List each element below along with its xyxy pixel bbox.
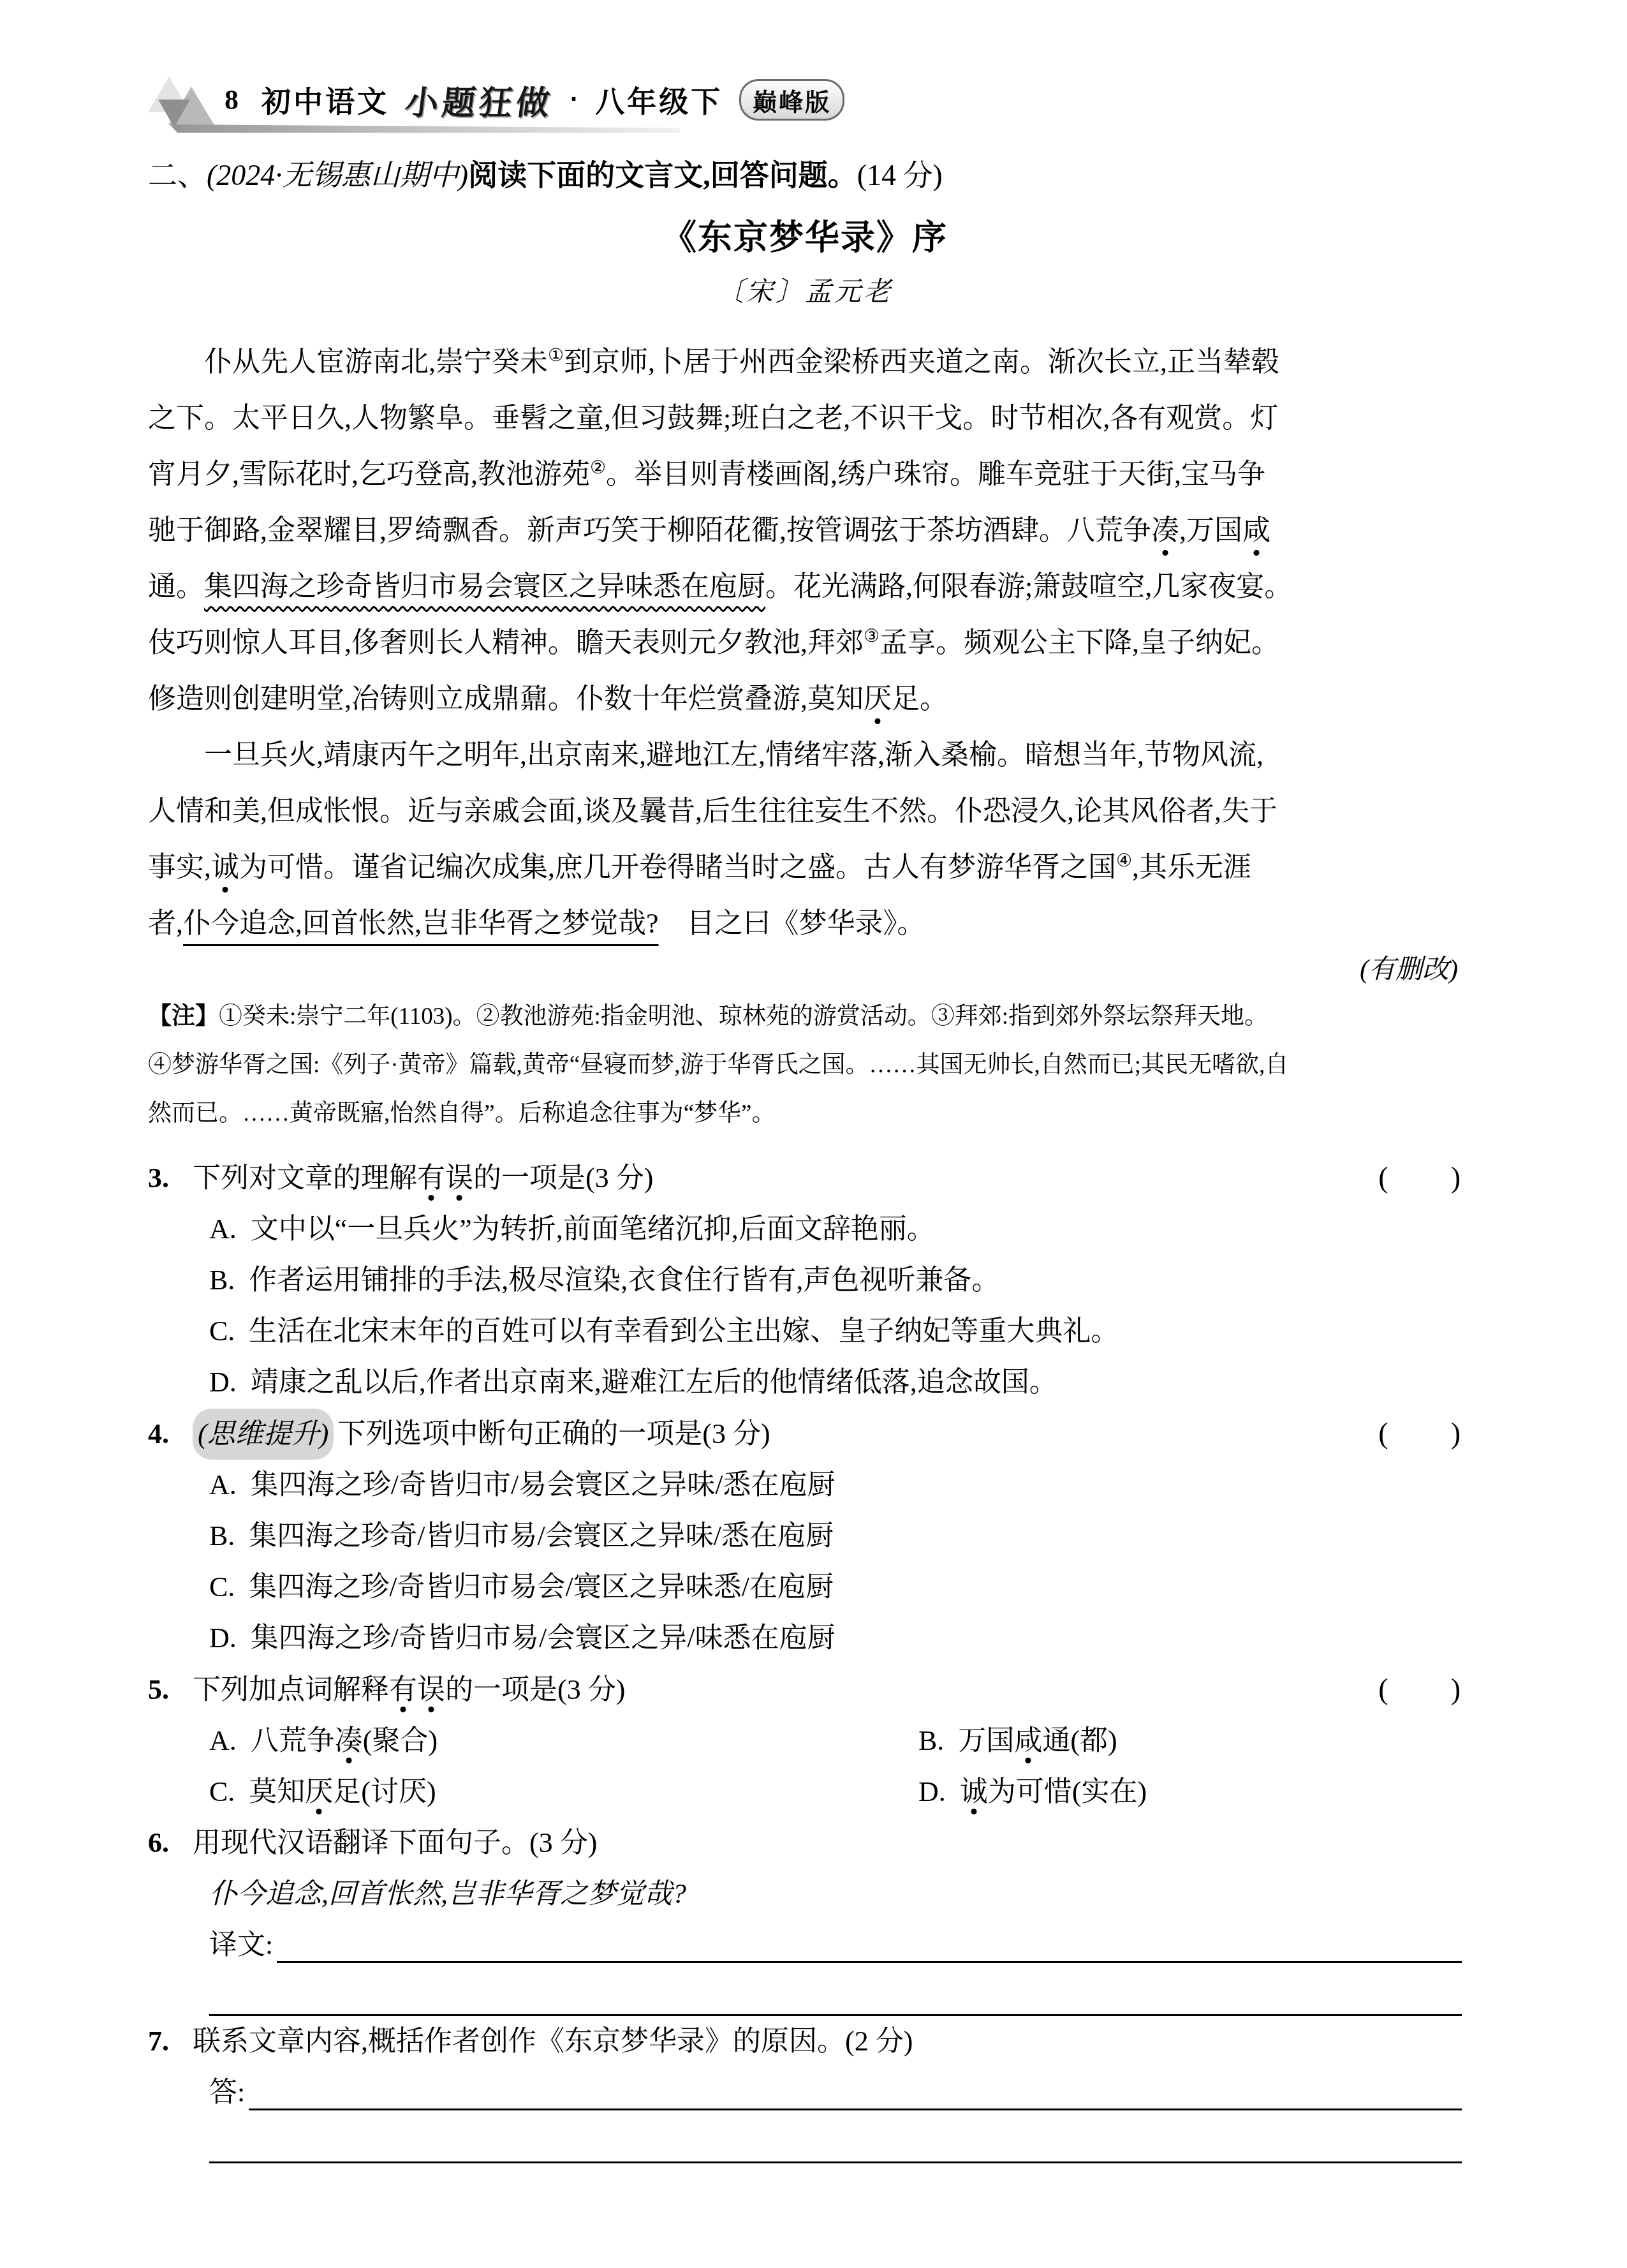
options-list: A.文中以“一旦兵火”为转折,前面笔绪沉抑,后面文辞艳丽。B.作者运用铺排的手法… [148,1204,1462,1408]
text-run: 通。 [148,571,204,602]
option-label: A. [209,1204,237,1255]
option-label: A. [209,1716,237,1767]
option-text: 生活在北宋末年的百姓可以有幸看到公主出嫁、皇子纳妃等重大典礼。 [249,1316,1119,1347]
question-block: 3.下列对文章的理解有误的一项是(3 分)( )A.文中以“一旦兵火”为转折,前… [148,1152,1462,1408]
note-line: ④梦游华胥之国:《列子·黄帝》篇载,黄帝“昼寝而梦,游于华胥氏之国。……其国无帅… [148,1041,1462,1090]
passage-line: 修造则创建明堂,冶铸则立成鼎鼐。仆数十年烂赏叠游,莫知厌足。 [148,671,1462,727]
option-label: C. [209,1562,235,1613]
article-author: 〔宋〕孟元老 [148,276,1462,309]
emphasis-dot-char: 有 [389,1664,417,1716]
option-label: D. [209,1357,237,1408]
question-stem-text: (思维提升)下列选项中断句正确的一项是(3 分) [193,1409,770,1460]
answer-row: 译文: [209,1920,1462,1971]
option-row: B.集四海之珍奇/皆归市易/会寰区之异味/悉在庖厨 [209,1511,1462,1562]
note-tag: 【注】 [148,1004,219,1030]
option-text: 文中以“一旦兵火”为转折,前面笔绪沉抑,后面文辞艳丽。 [251,1213,935,1245]
question-number: 6. [148,1818,193,1869]
exam-source: (2024·无锡惠山期中) [207,159,468,191]
option-label: B. [209,1255,235,1306]
question-block: 4.(思维提升)下列选项中断句正确的一项是(3 分)( )A.集四海之珍/奇皆归… [148,1408,1462,1664]
underlined-text: 仆今追念,回首怅然,岂非华胥之梦觉哉? [183,908,659,939]
text-run: 。花光满路,何限春游;箫鼓喧空,几家夜宴。 [765,571,1292,602]
text-run: 联系文章内容,概括作者创作《东京梦华录》的原因。(2 分) [193,2026,913,2057]
option-text: 集四海之珍/奇皆归市易/会寰区之异/味悉在庖厨 [251,1622,836,1654]
question-stem-text: 用现代汉语翻译下面句子。(3 分) [193,1818,597,1869]
emphasis-dot-char: 诚 [960,1767,988,1818]
option-row: D.靖康之乱以后,作者出京南来,避难江左后的他情绪低落,追念故国。 [209,1357,1462,1408]
note-ref-superscript: ④ [1116,851,1132,871]
option-text: 莫知厌足(讨厌) [249,1776,436,1807]
option-label: B. [209,1511,235,1562]
text-run: 驰于御路,金翠耀目,罗绮飘香。新声巧笑于柳陌花衢,按管调弦于茶坊酒肆。八荒争 [148,515,1151,546]
answer-blank-line [277,1961,1462,1963]
answer-body: 答: [148,2067,1462,2163]
text-run: 宵月夕,雪际花时,乞巧登高,教池游苑 [148,459,590,490]
text-run: 八荒争 [251,1725,335,1756]
passage-line: 者,仆今追念,回首怅然,岂非华胥之梦觉哉? 目之曰《梦华录》。 [148,896,1462,952]
questions-area: 3.下列对文章的理解有误的一项是(3 分)( )A.文中以“一旦兵火”为转折,前… [148,1152,1462,2163]
text-run: 为可惜。谨省记编次成集,庶几开卷得睹当时之盛。古人有梦游华胥之国 [239,852,1116,883]
emphasis-dot-char: 凑 [335,1716,363,1767]
section-instruction: 阅读下面的文言文,回答问题。 [468,159,857,191]
question-stem: 7.联系文章内容,概括作者创作《东京梦华录》的原因。(2 分) [148,2016,1462,2067]
text-run: 到京师,卜居于州西金梁桥西夹道之南。渐次长立,正当辇毂 [564,346,1279,378]
option-label: D. [918,1767,946,1818]
question-tag-pill: (思维提升) [193,1409,334,1460]
text-run: 足(讨厌) [333,1776,436,1807]
emphasis-dot-char: 咸 [1014,1716,1042,1767]
option-row: D.诚为可惜(实在) [918,1767,1462,1818]
text-run: 集四海之珍/奇皆归市易/会寰区之异/味悉在庖厨 [251,1622,836,1654]
text-run: 一旦兵火,靖康丙午之明年,出京南来,避地江左,情绪牢落,渐入桑榆。暗想当年,节物… [148,739,1263,771]
text-run: 事实, [148,852,211,883]
option-text: 作者运用铺排的手法,极尽渲染,衣食住行皆有,声色视听兼备。 [249,1264,999,1296]
note-ref-superscript: ③ [864,626,880,646]
option-row: A.八荒争凑(聚合) [209,1716,918,1767]
text-run: 的一项是(3 分) [445,1674,625,1705]
options-list: A.八荒争凑(聚合)B.万国咸通(都)C.莫知厌足(讨厌)D.诚为可惜(实在) [148,1716,1462,1818]
text-run: 万国 [958,1725,1014,1756]
text-run: 足。 [892,683,948,715]
text-run: 孟享。频观公主下降,皇子纳妃。 [880,627,1279,658]
option-text: 集四海之珍/奇皆归市/易会寰区之异味/悉在庖厨 [251,1469,836,1501]
question-number: 7. [148,2016,193,2067]
option-row: C.集四海之珍/奇皆归市易会/寰区之异味悉/在庖厨 [209,1562,1462,1613]
answer-bracket: ( ) [1378,1408,1462,1459]
option-row: A.文中以“一旦兵火”为转折,前面笔绪沉抑,后面文辞艳丽。 [209,1204,1462,1255]
text-run: 集四海之珍/奇皆归市/易会寰区之异味/悉在庖厨 [251,1469,836,1501]
question-stem: 3.下列对文章的理解有误的一项是(3 分)( ) [148,1152,1462,1204]
option-text: 八荒争凑(聚合) [251,1725,438,1756]
note-line: 然而已。……黄帝既寤,怡然自得”。后称追念往事为“梦华”。 [148,1090,1462,1138]
question-stem-text: 下列对文章的理解有误的一项是(3 分) [193,1153,653,1204]
text-run: 。举目则青楼画阁,绣户珠帘。雕车竞驻于天街,宝马争 [606,459,1265,490]
article-title: 《东京梦华录》序 [148,217,1462,259]
passage-line: 一旦兵火,靖康丙午之明年,出京南来,避地江左,情绪牢落,渐入桑榆。暗想当年,节物… [148,727,1462,783]
emphasis-dot-char: 诚 [211,840,239,896]
option-row: C.莫知厌足(讨厌) [209,1767,918,1818]
section-points: (14 分) [857,159,943,191]
page-number: 8 [225,84,239,116]
passage-paragraph: 一旦兵火,靖康丙午之明年,出京南来,避地江左,情绪牢落,渐入桑榆。暗想当年,节物… [148,727,1462,952]
options-list: A.集四海之珍/奇皆归市/易会寰区之异味/悉在庖厨B.集四海之珍奇/皆归市易/会… [148,1460,1462,1664]
question-number: 3. [148,1153,193,1204]
answer-label: 译文: [209,1920,273,1971]
emphasis-dot-char: 误 [417,1664,445,1716]
emphasis-dot-char: 有 [417,1153,445,1204]
text-run: 文中以“一旦兵火”为转折,前面笔绪沉抑,后面文辞艳丽。 [251,1213,935,1245]
page-header: 8 初中语文 小题狂做 · 八年级下 巅峰版 [148,69,1462,130]
brand-logo: 小题狂做 [402,76,556,124]
option-text: 集四海之珍/奇皆归市易会/寰区之异味悉/在庖厨 [249,1571,834,1603]
separator-dot: · [570,85,578,114]
text-run: 通(都) [1042,1725,1117,1756]
text-run: 下列选项中断句正确的一项是(3 分) [337,1418,770,1449]
text-run: 伎巧则惊人耳目,侈奢则长人精神。瞻天表则元夕教池,拜郊 [148,627,864,658]
edition-badge: 巅峰版 [739,79,844,121]
option-row: A.集四海之珍/奇皆归市/易会寰区之异味/悉在庖厨 [209,1460,1462,1511]
answer-row: 答: [209,2067,1462,2118]
option-text: 诚为可惜(实在) [960,1776,1147,1807]
text-run: 作者运用铺排的手法,极尽渲染,衣食住行皆有,声色视听兼备。 [249,1264,999,1296]
passage: 仆从先人宦游南北,崇宁癸未①到京师,卜居于州西金梁桥西夹道之南。渐次长立,正当辇… [148,334,1462,952]
emphasis-dot-char: 误 [445,1153,473,1204]
option-label: D. [209,1613,237,1664]
question-block: 5.下列加点词解释有误的一项是(3 分)( )A.八荒争凑(聚合)B.万国咸通(… [148,1664,1462,1818]
text-run: 之下。太平日久,人物繁阜。垂髫之童,但习鼓舞;班白之老,不识干戈。时节相次,各有… [148,403,1278,434]
question-number: 5. [148,1664,193,1716]
header-swoosh [170,124,680,133]
answer-bracket: ( ) [1378,1664,1462,1715]
translation-sentence: 仆今追念,回首怅然,岂非华胥之梦觉哉? [209,1869,1462,1920]
deco-triangles-icon [148,71,225,128]
passage-line: 事实,诚为可惜。谨省记编次成集,庶几开卷得睹当时之盛。古人有梦游华胥之国④,其乐… [148,840,1462,896]
emphasis-dot-char: 厌 [864,671,892,727]
option-label: C. [209,1767,235,1818]
answer-blank-line [249,2109,1462,2110]
question-stem: 5.下列加点词解释有误的一项是(3 分)( ) [148,1664,1462,1716]
option-row: B.作者运用铺排的手法,极尽渲染,衣食住行皆有,声色视听兼备。 [209,1255,1462,1306]
text-run: 生活在北宋末年的百姓可以有幸看到公主出嫁、皇子纳妃等重大典礼。 [249,1316,1119,1347]
wavy-underlined-text: 集四海之珍奇皆归市易会寰区之异味悉在庖厨 [204,571,765,602]
question-stem-text: 联系文章内容,概括作者创作《东京梦华录》的原因。(2 分) [193,2016,913,2067]
passage-line: 驰于御路,金翠耀目,罗绮飘香。新声巧笑于柳陌花衢,按管调弦于茶坊酒肆。八荒争凑,… [148,503,1462,559]
emphasis-dot-char: 凑 [1151,503,1179,559]
section-number: 二、 [148,159,207,191]
section-heading: 二、(2024·无锡惠山期中)阅读下面的文言文,回答问题。(14 分) [148,156,1462,195]
option-row: B.万国咸通(都) [918,1716,1462,1767]
option-text: 万国咸通(都) [958,1725,1117,1756]
text-run: 下列对文章的理解 [193,1162,417,1194]
header-title-group: 8 初中语文 小题狂做 · 八年级下 巅峰版 [225,76,844,124]
question-stem: 6.用现代汉语翻译下面句子。(3 分) [148,1818,1462,1869]
text-run: 用现代汉语翻译下面句子。(3 分) [193,1827,597,1858]
footnotes-block: 【注】①癸未:崇宁二年(1103)。②教池游苑:指金明池、琼林苑的游赏活动。③拜… [148,993,1462,1138]
text-run: 的一项是(3 分) [473,1162,653,1194]
subject-title: 初中语文 [261,78,389,121]
passage-line: 伎巧则惊人耳目,侈奢则长人精神。瞻天表则元夕教池,拜郊③孟享。频观公主下降,皇子… [148,615,1462,671]
edition-label: 八年级下 [595,78,723,121]
question-block: 6.用现代汉语翻译下面句子。(3 分)仆今追念,回首怅然,岂非华胥之梦觉哉?译文… [148,1818,1462,2016]
text-run: 修造则创建明堂,冶铸则立成鼎鼐。仆数十年烂赏叠游,莫知 [148,683,864,715]
text-run: 仆从先人宦游南北,崇宁癸未 [148,346,548,378]
emphasis-dot-char: 咸 [1242,503,1270,559]
note-line: 【注】①癸未:崇宁二年(1103)。②教池游苑:指金明池、琼林苑的游赏活动。③拜… [148,993,1462,1041]
question-block: 7.联系文章内容,概括作者创作《东京梦华录》的原因。(2 分)答: [148,2016,1462,2163]
question-number: 4. [148,1409,193,1460]
option-label: B. [918,1716,944,1767]
edit-note: (有删改) [148,952,1462,988]
text-run: 集四海之珍奇/皆归市易/会寰区之异味/悉在庖厨 [249,1520,834,1552]
answer-bracket: ( ) [1378,1152,1462,1203]
passage-line: 宵月夕,雪际花时,乞巧登高,教池游苑②。举目则青楼画阁,绣户珠帘。雕车竞驻于天街… [148,447,1462,503]
passage-line: 仆从先人宦游南北,崇宁癸未①到京师,卜居于州西金梁桥西夹道之南。渐次长立,正当辇… [148,334,1462,390]
option-text: 集四海之珍奇/皆归市易/会寰区之异味/悉在庖厨 [249,1520,834,1552]
text-run: 莫知 [249,1776,305,1807]
note-ref-superscript: ② [590,458,606,478]
text-run: 目之曰《梦华录》。 [659,908,925,939]
answer-body: 仆今追念,回首怅然,岂非华胥之梦觉哉?译文: [148,1869,1462,2016]
passage-line: 人情和美,但成怅恨。近与亲戚会面,谈及曩昔,后生往往妄生不然。仆恐浸久,论其风俗… [148,783,1462,840]
note-ref-superscript: ① [548,346,564,366]
question-stem-text: 下列加点词解释有误的一项是(3 分) [193,1664,625,1716]
text-run: 靖康之乱以后,作者出京南来,避难江左后的他情绪低落,追念故国。 [251,1367,1057,1398]
text-run: 者, [148,908,183,939]
passage-line: 通。集四海之珍奇皆归市易会寰区之异味悉在庖厨。花光满路,何限春游;箫鼓喧空,几家… [148,559,1462,615]
text-run: ,万国 [1179,515,1242,546]
text-run: ,其乐无涯 [1132,852,1251,883]
question-stem: 4.(思维提升)下列选项中断句正确的一项是(3 分)( ) [148,1408,1462,1460]
text-run: (聚合) [363,1725,438,1756]
option-row: C.生活在北宋末年的百姓可以有幸看到公主出嫁、皇子纳妃等重大典礼。 [209,1306,1462,1357]
text-run: 集四海之珍/奇皆归市易会/寰区之异味悉/在庖厨 [249,1571,834,1603]
option-label: C. [209,1306,235,1357]
option-label: A. [209,1460,237,1511]
text-run: 下列加点词解释 [193,1674,389,1705]
passage-paragraph: 仆从先人宦游南北,崇宁癸未①到京师,卜居于州西金梁桥西夹道之南。渐次长立,正当辇… [148,334,1462,727]
text-run: 人情和美,但成怅恨。近与亲戚会面,谈及曩昔,后生往往妄生不然。仆恐浸久,论其风俗… [148,796,1277,827]
full-blank-line [209,2160,1462,2163]
option-row: D.集四海之珍/奇皆归市易/会寰区之异/味悉在庖厨 [209,1613,1462,1664]
text-run: 为可惜(实在) [988,1776,1147,1807]
worksheet-page: 8 初中语文 小题狂做 · 八年级下 巅峰版 二、(2024·无锡惠山期中)阅读… [0,0,1627,2163]
answer-label: 答: [209,2067,245,2118]
passage-line: 之下。太平日久,人物繁阜。垂髫之童,但习鼓舞;班白之老,不识干戈。时节相次,各有… [148,390,1462,447]
emphasis-dot-char: 厌 [305,1767,333,1818]
option-text: 靖康之乱以后,作者出京南来,避难江左后的他情绪低落,追念故国。 [251,1367,1057,1398]
